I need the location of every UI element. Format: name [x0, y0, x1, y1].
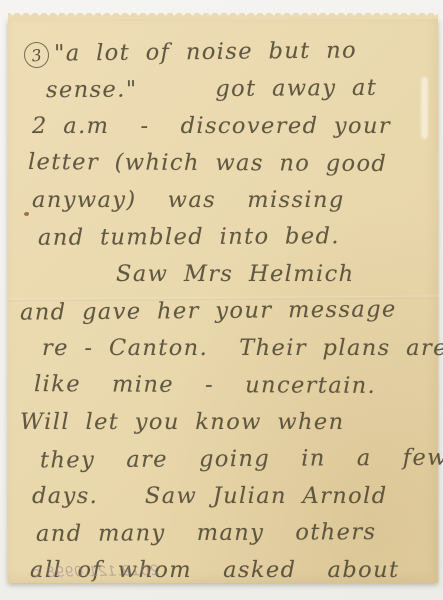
handwriting-line: Will let you know when: [20, 409, 345, 435]
handwriting-line: 2 a.m - discovered your: [32, 113, 391, 139]
handwriting-line: sense." got away at: [46, 75, 377, 103]
page-number-circled: 3: [22, 40, 50, 69]
handwriting-line: they are going in a few: [40, 445, 443, 474]
handwriting-line: Saw Mrs Helmich: [116, 261, 355, 287]
handwriting-area: 3 "a lot of noise but no sense." got awa…: [18, 27, 432, 579]
handwriting-line: and many many others: [36, 519, 377, 547]
handwriting-line: letter (which was no good: [28, 149, 387, 177]
handwriting-line: "a lot of noise but no: [54, 37, 357, 66]
perforated-top-edge: [8, 13, 438, 19]
accession-number-mirrored: 2019.121.0998 c: [32, 562, 159, 581]
handwriting-line: anyway) was missing: [32, 187, 345, 213]
handwriting-line: and tumbled into bed.: [38, 223, 340, 251]
handwriting-line: re - Canton. Their plans are: [42, 335, 443, 361]
handwriting-line: like mine - uncertain.: [34, 371, 376, 399]
handwriting-line: days. Saw Julian Arnold: [32, 483, 388, 509]
letter-paper: 3 "a lot of noise but no sense." got awa…: [8, 19, 438, 583]
handwriting-line: and gave her your message: [20, 296, 397, 325]
